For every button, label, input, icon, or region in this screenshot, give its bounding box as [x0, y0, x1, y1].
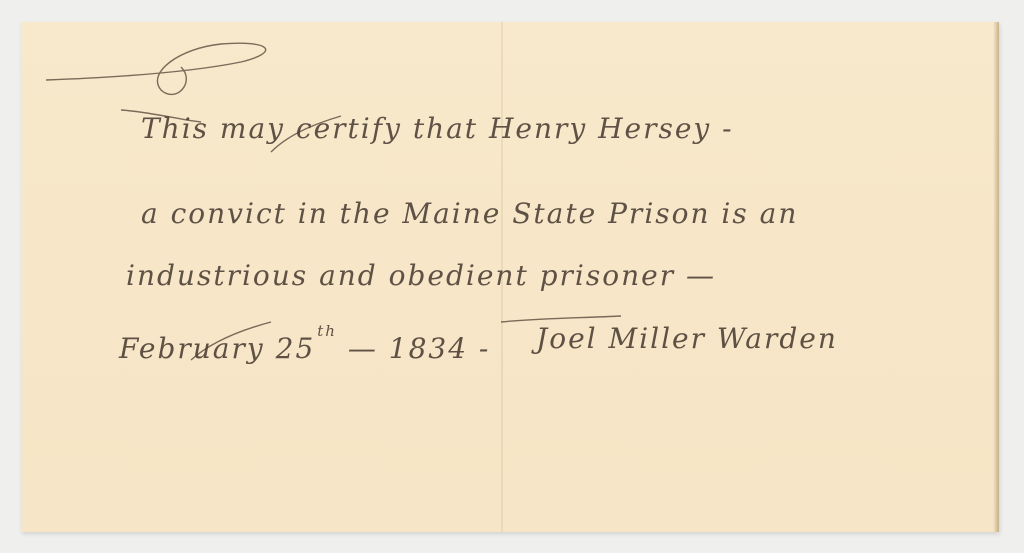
signature: Joel Miller Warden [536, 322, 838, 355]
document-sheet: This may certify that Henry Hersey - a c… [21, 22, 999, 532]
scan-background: This may certify that Henry Hersey - a c… [0, 0, 1024, 553]
date-month: February [119, 332, 265, 365]
date-day: 25 [276, 332, 316, 365]
document-line-3: industrious and obedient prisoner — [126, 259, 716, 292]
document-date: February 25th — 1834 - [119, 322, 490, 365]
document-line-1: This may certify that Henry Hersey - [141, 112, 734, 145]
document-line-2: a convict in the Maine State Prison is a… [141, 197, 798, 230]
date-year: — 1834 - [348, 332, 491, 365]
date-day-suffix: th [317, 322, 337, 340]
